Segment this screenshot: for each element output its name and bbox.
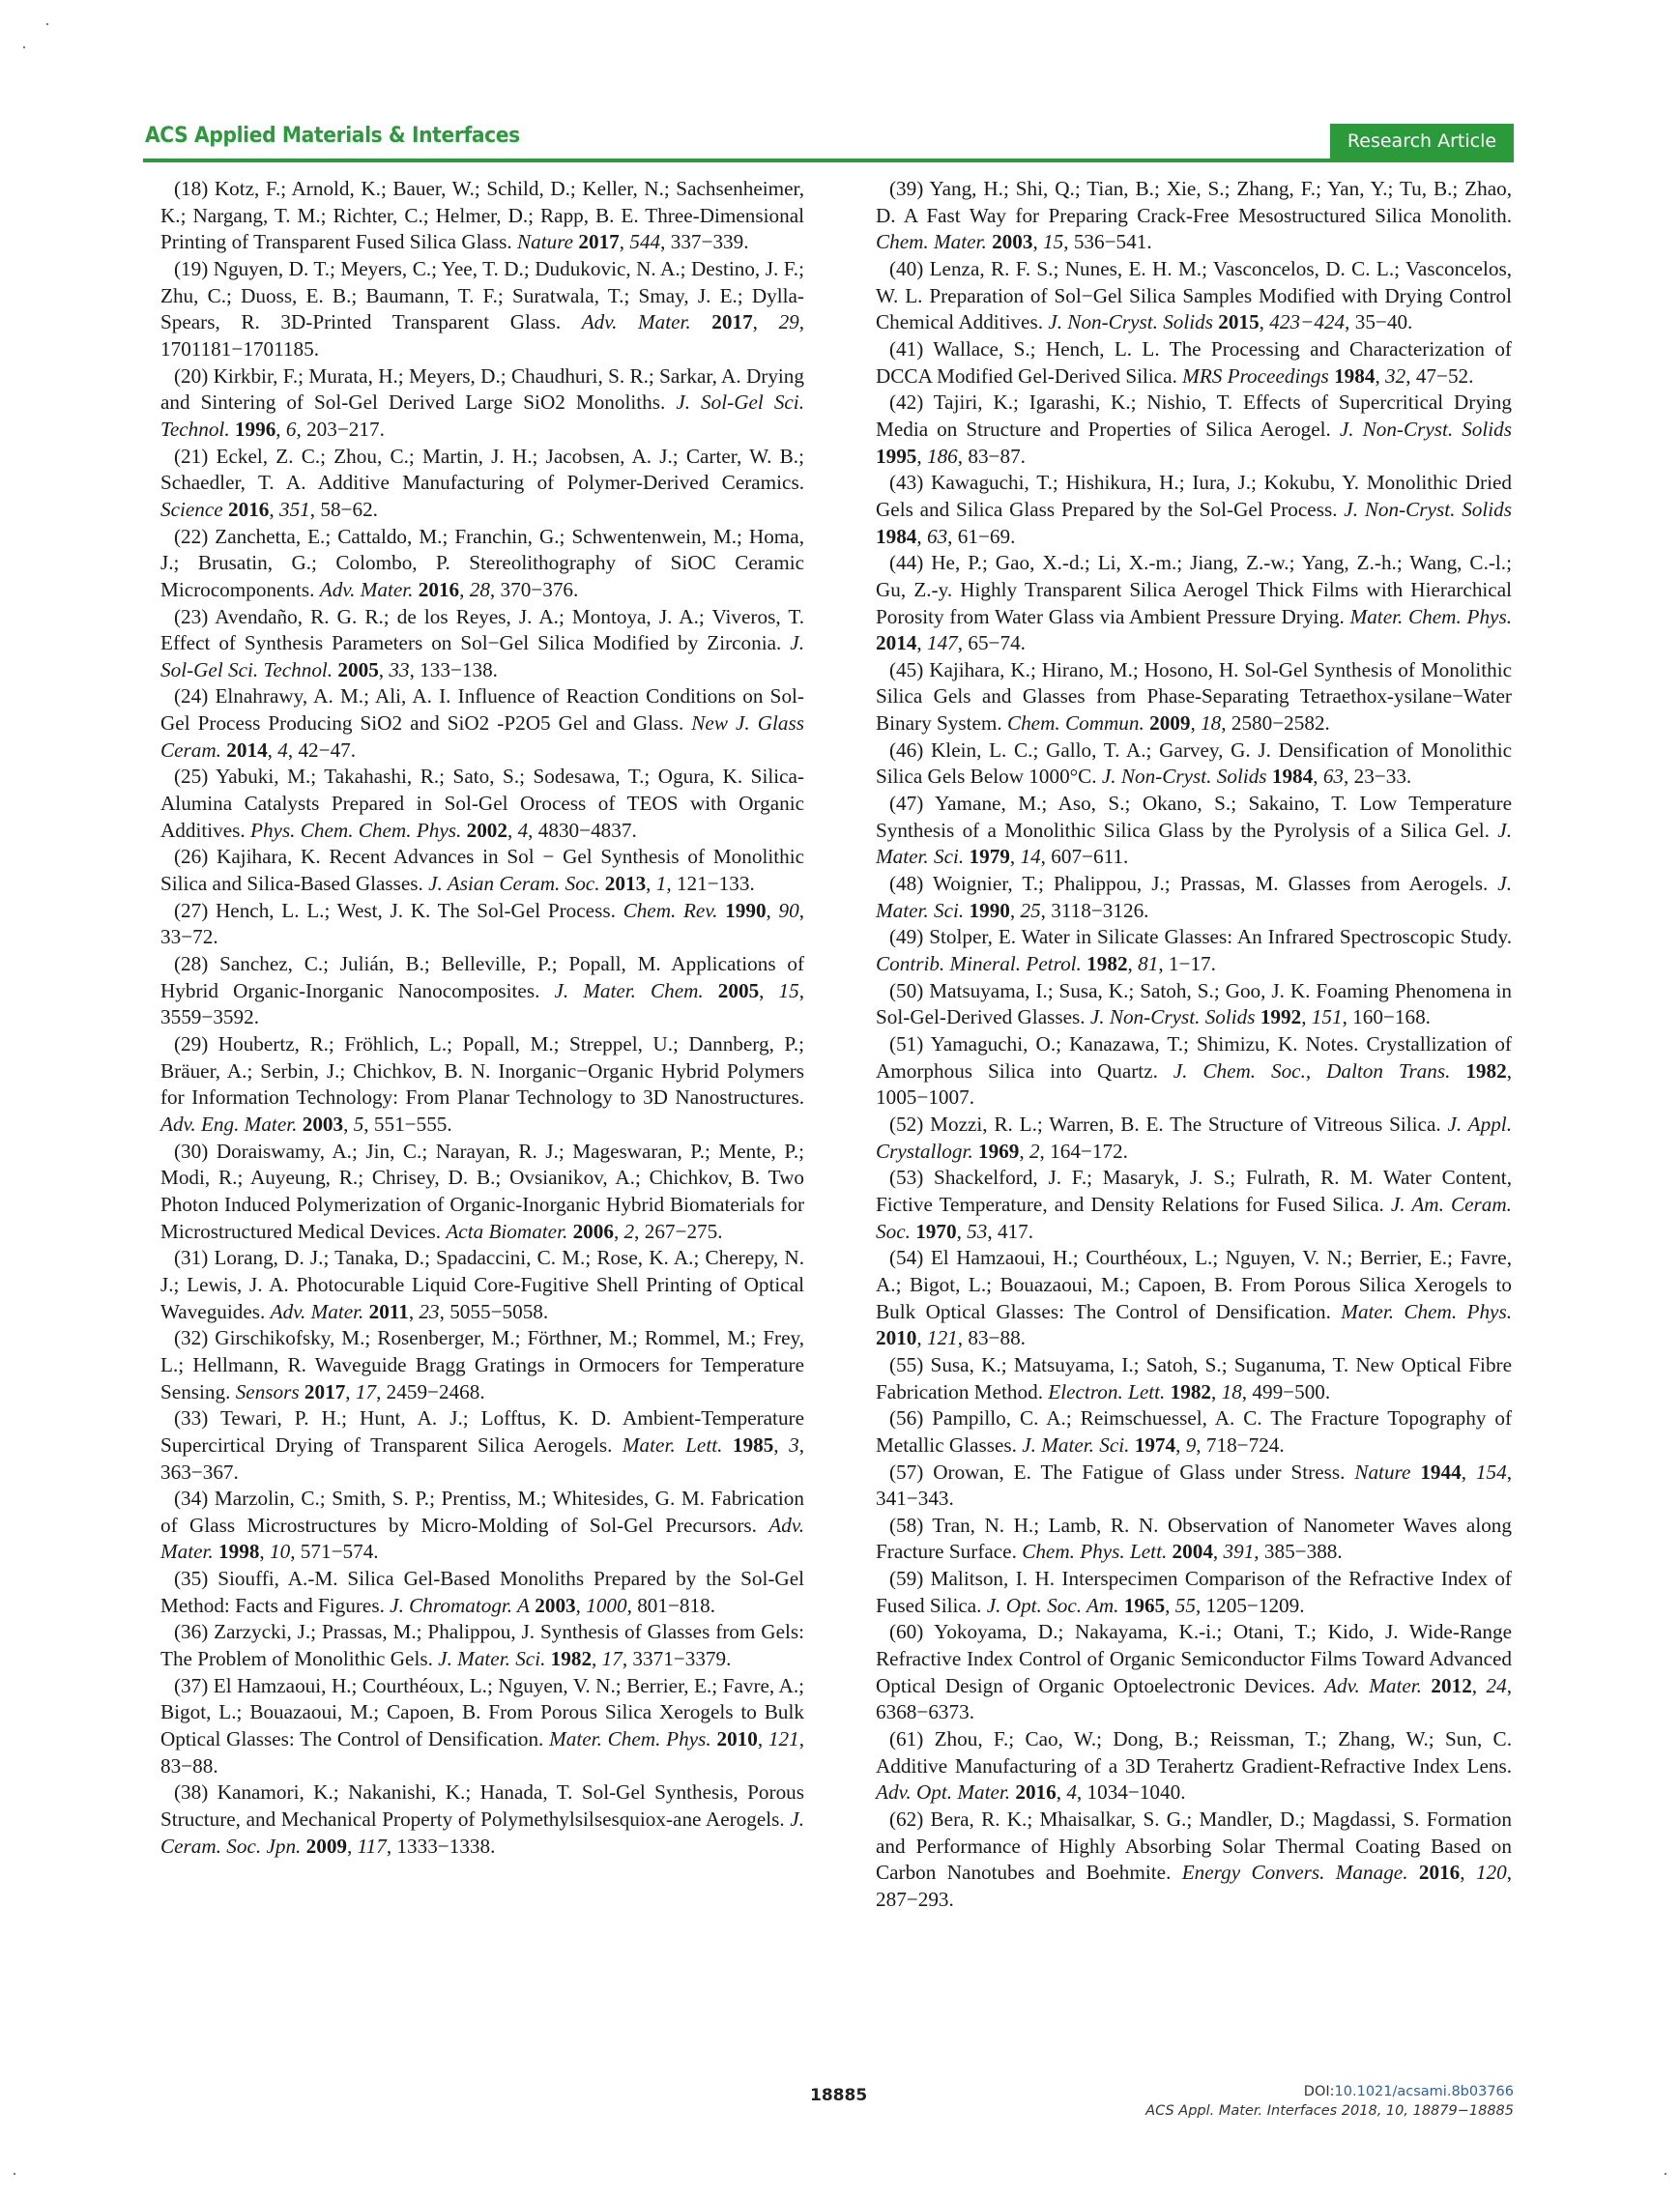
- reference-year: 2015: [1218, 310, 1259, 333]
- reference-text: [1410, 1461, 1420, 1484]
- reference-item: (48) Woignier, T.; Phalippou, J.; Prassa…: [876, 871, 1512, 924]
- reference-journal-or-volume: Acta Biomater.: [446, 1220, 567, 1243]
- reference-text: [704, 979, 718, 1002]
- reference-year: 1996: [235, 418, 275, 441]
- reference-year: 2003: [535, 1594, 575, 1617]
- reference-item: (44) He, P.; Gao, X.-d.; Li, X.-m.; Jian…: [876, 550, 1512, 657]
- doi-label: DOI:: [1304, 2084, 1335, 2099]
- reference-text: ,: [916, 445, 927, 468]
- reference-journal-or-volume: Electron. Lett.: [1048, 1380, 1165, 1403]
- reference-text: , 83−88.: [958, 1326, 1026, 1349]
- reference-journal-or-volume: 120: [1476, 1861, 1507, 1884]
- reference-year: 1995: [876, 445, 916, 468]
- reference-item: (41) Wallace, S.; Hench, L. L. The Proce…: [876, 336, 1512, 390]
- reference-year: 2004: [1173, 1540, 1213, 1563]
- reference-text: ,: [269, 498, 279, 521]
- reference-text: ,: [1211, 1380, 1222, 1403]
- reference-year: 2005: [337, 658, 378, 681]
- reference-text: , 267−275.: [634, 1220, 722, 1243]
- reference-journal-or-volume: Adv. Mater.: [320, 578, 414, 601]
- reference-text: , 607−611.: [1041, 845, 1129, 868]
- reference-journal-or-volume: Chem. Phys. Lett.: [1022, 1540, 1167, 1563]
- reference-journal-or-volume: J. Mater. Chem.: [554, 979, 703, 1002]
- reference-text: ,: [343, 1113, 354, 1136]
- reference-item: (61) Zhou, F.; Cao, W.; Dong, B.; Reissm…: [876, 1726, 1512, 1807]
- reference-item: (47) Yamane, M.; Aso, S.; Okano, S.; Sak…: [876, 791, 1512, 871]
- reference-journal-or-volume: 25: [1020, 899, 1040, 922]
- reference-item: (57) Orowan, E. The Fatigue of Glass und…: [876, 1460, 1512, 1513]
- reference-text: ,: [592, 1647, 602, 1670]
- reference-journal-or-volume: 4: [277, 738, 288, 762]
- reference-text: [1422, 1674, 1431, 1697]
- reference-journal-or-volume: 29: [779, 310, 799, 333]
- reference-journal-or-volume: 151: [1312, 1005, 1343, 1028]
- reference-item: (40) Lenza, R. F. S.; Nunes, E. H. M.; V…: [876, 256, 1512, 336]
- reference-item: (36) Zarzycki, J.; Prassas, M.; Phalippo…: [160, 1619, 804, 1672]
- reference-item: (27) Hench, L. L.; West, J. K. The Sol-G…: [160, 898, 804, 951]
- reference-journal-or-volume: 121: [768, 1727, 799, 1750]
- reference-item: (46) Klein, L. C.; Gallo, T. A.; Garvey,…: [876, 737, 1512, 791]
- reference-item: (18) Kotz, F.; Arnold, K.; Bauer, W.; Sc…: [160, 176, 804, 256]
- crop-mark: [14, 2173, 15, 2175]
- reference-text: ,: [1375, 364, 1385, 388]
- reference-journal-or-volume: Mater. Chem. Phys.: [1350, 605, 1512, 628]
- reference-text: ,: [620, 230, 630, 253]
- reference-year: 1998: [218, 1540, 259, 1563]
- reference-year: 1985: [733, 1433, 773, 1457]
- crop-mark: [23, 46, 25, 48]
- reference-year: 2016: [419, 578, 459, 601]
- reference-journal-or-volume: 4: [1066, 1780, 1077, 1804]
- reference-year: 1992: [1260, 1005, 1301, 1028]
- reference-journal-or-volume: 17: [602, 1647, 623, 1670]
- reference-text: , 571−574.: [290, 1540, 378, 1563]
- reference-text: ,: [459, 578, 470, 601]
- reference-text: , 83−87.: [958, 445, 1026, 468]
- reference-text: ,: [1190, 711, 1201, 735]
- reference-year: 1984: [1272, 765, 1313, 788]
- reference-journal-or-volume: Adv. Mater.: [582, 310, 691, 333]
- reference-text: ,: [379, 658, 390, 681]
- reference-text: ,: [646, 872, 656, 895]
- reference-year: 2003: [992, 230, 1032, 253]
- reference-text: ,: [1472, 1674, 1487, 1697]
- reference-text: [722, 1433, 733, 1457]
- reference-item: (25) Yabuki, M.; Takahashi, R.; Sato, S.…: [160, 764, 804, 844]
- reference-text: , 551−555.: [363, 1113, 451, 1136]
- reference-text: ,: [1313, 765, 1323, 788]
- reference-year: 2006: [573, 1220, 614, 1243]
- reference-journal-or-volume: 351: [279, 498, 310, 521]
- reference-journal-or-volume: 15: [1043, 230, 1063, 253]
- reference-journal-or-volume: Adv. Mater.: [1324, 1674, 1422, 1697]
- reference-item: (32) Girschikofsky, M.; Rosenberger, M.;…: [160, 1325, 804, 1405]
- reference-item: (33) Tewari, P. H.; Hunt, A. J.; Lofftus…: [160, 1405, 804, 1486]
- reference-journal-or-volume: 15: [779, 979, 799, 1002]
- reference-text: (61) Zhou, F.; Cao, W.; Dong, B.; Reissm…: [876, 1727, 1512, 1778]
- reference-item: (49) Stolper, E. Water in Silicate Glass…: [876, 924, 1512, 977]
- reference-journal-or-volume: 121: [927, 1326, 958, 1349]
- reference-year: 2002: [467, 819, 507, 842]
- reference-text: , 370−376.: [490, 578, 578, 601]
- reference-year: 1982: [1465, 1059, 1506, 1083]
- reference-text: , 160−168.: [1343, 1005, 1431, 1028]
- reference-text: ,: [916, 1326, 927, 1349]
- reference-item: (51) Yamaguchi, O.; Kanazawa, T.; Shimiz…: [876, 1031, 1512, 1112]
- reference-journal-or-volume: 423−424: [1269, 310, 1345, 333]
- reference-text: [1450, 1059, 1465, 1083]
- reference-text: ,: [268, 738, 278, 762]
- reference-year: 2016: [1015, 1780, 1056, 1804]
- reference-text: ,: [767, 899, 779, 922]
- reference-text: ,: [753, 310, 779, 333]
- reference-text: (29) Houbertz, R.; Fröhlich, L.; Popall,…: [160, 1032, 804, 1109]
- reference-text: ,: [759, 979, 778, 1002]
- reference-journal-or-volume: 6: [286, 418, 297, 441]
- reference-year: 1990: [970, 899, 1010, 922]
- reference-journal-or-volume: Mater. Lett.: [623, 1433, 723, 1457]
- reference-text: ,: [916, 631, 927, 654]
- reference-journal-or-volume: 28: [470, 578, 490, 601]
- reference-journal-or-volume: Chem. Mater.: [876, 230, 987, 253]
- reference-text: , 203−217.: [296, 418, 384, 441]
- reference-text: , 536−541.: [1063, 230, 1151, 253]
- article-type-badge: Research Article: [1330, 124, 1514, 159]
- reference-text: ,: [507, 819, 518, 842]
- reference-item: (22) Zanchetta, E.; Cattaldo, M.; Franch…: [160, 524, 804, 604]
- reference-text: , 718−724.: [1196, 1433, 1284, 1457]
- reference-text: ,: [957, 1220, 968, 1243]
- reference-journal-or-volume: 18: [1201, 711, 1221, 735]
- reference-journal-or-volume: Sensors: [236, 1380, 300, 1403]
- reference-text: ,: [409, 1300, 420, 1323]
- reference-journal-or-volume: J. Chem. Soc., Dalton Trans.: [1173, 1059, 1451, 1083]
- reference-year: 1982: [1171, 1380, 1211, 1403]
- reference-item: (29) Houbertz, R.; Fröhlich, L.; Popall,…: [160, 1031, 804, 1139]
- reference-text: , 1−17.: [1158, 952, 1216, 975]
- reference-journal-or-volume: Adv. Mater.: [271, 1300, 364, 1323]
- reference-journal-or-volume: Mater. Chem. Phys.: [549, 1727, 711, 1750]
- reference-text: ,: [773, 1433, 789, 1457]
- reference-year: 1982: [551, 1647, 592, 1670]
- reference-text: ,: [1128, 952, 1139, 975]
- reference-text: ,: [1175, 1433, 1186, 1457]
- reference-text: ,: [347, 1835, 358, 1858]
- reference-journal-or-volume: 2: [1029, 1140, 1040, 1163]
- reference-journal-or-volume: 23: [419, 1300, 439, 1323]
- reference-year: 2003: [303, 1113, 343, 1136]
- reference-item: (21) Eckel, Z. C.; Zhou, C.; Martin, J. …: [160, 444, 804, 524]
- reference-journal-or-volume: 1000: [586, 1594, 626, 1617]
- reference-item: (28) Sanchez, C.; Julián, B.; Belleville…: [160, 951, 804, 1031]
- reference-journal-or-volume: 33: [389, 658, 409, 681]
- page-header: ACS Applied Materials & Interfaces Resea…: [143, 124, 1514, 162]
- reference-year: 1984: [876, 525, 916, 548]
- reference-item: (35) Siouffi, A.-M. Silica Gel-Based Mon…: [160, 1566, 804, 1619]
- reference-text: , 42−47.: [288, 738, 356, 762]
- reference-text: , 3371−3379.: [623, 1647, 732, 1670]
- references-column-right: (39) Yang, H.; Shi, Q.; Tian, B.; Xie, S…: [876, 176, 1512, 1914]
- reference-journal-or-volume: Phys. Chem. Chem. Phys.: [250, 819, 461, 842]
- reference-text: ,: [758, 1727, 768, 1750]
- reference-item: (37) El Hamzaoui, H.; Courthéoux, L.; Ng…: [160, 1673, 804, 1780]
- reference-year: 2017: [711, 310, 752, 333]
- reference-journal-or-volume: J. Non-Cryst. Solids: [1102, 765, 1267, 788]
- reference-year: 1944: [1420, 1461, 1461, 1484]
- reference-item: (53) Shackelford, J. F.; Masaryk, J. S.;…: [876, 1165, 1512, 1245]
- reference-item: (45) Kajihara, K.; Hirano, M.; Hosono, H…: [876, 657, 1512, 737]
- reference-year: 2010: [716, 1727, 757, 1750]
- reference-year: 1965: [1124, 1594, 1165, 1617]
- reference-text: (27) Hench, L. L.; West, J. K. The Sol-G…: [174, 899, 623, 922]
- reference-text: (52) Mozzi, R. L.; Warren, B. E. The Str…: [889, 1113, 1448, 1136]
- reference-item: (34) Marzolin, C.; Smith, S. P.; Prentis…: [160, 1486, 804, 1566]
- reference-year: 1969: [978, 1140, 1019, 1163]
- reference-text: ,: [1010, 899, 1021, 922]
- reference-item: (23) Avendaño, R. G. R.; de los Reyes, J…: [160, 604, 804, 684]
- reference-item: (38) Kanamori, K.; Nakanishi, K.; Hanada…: [160, 1779, 804, 1860]
- reference-text: ,: [1460, 1861, 1476, 1884]
- reference-text: , 5055−5058.: [440, 1300, 549, 1323]
- reference-journal-or-volume: 90: [779, 899, 799, 922]
- reference-journal-or-volume: 147: [927, 631, 958, 654]
- reference-journal-or-volume: 2: [624, 1220, 635, 1243]
- reference-text: , 121−133.: [666, 872, 754, 895]
- reference-text: , 1034−1040.: [1077, 1780, 1186, 1804]
- reference-text: , 65−74.: [958, 631, 1026, 654]
- reference-journal-or-volume: 18: [1222, 1380, 1242, 1403]
- reference-text: , 385−388.: [1254, 1540, 1342, 1563]
- reference-journal-or-volume: 63: [927, 525, 947, 548]
- reference-text: ,: [1010, 845, 1021, 868]
- reference-journal-or-volume: MRS Proceedings: [1182, 364, 1329, 388]
- reference-text: , 1205−1209.: [1196, 1594, 1305, 1617]
- reference-text: (23) Avendaño, R. G. R.; de los Reyes, J…: [160, 605, 804, 655]
- reference-text: , 2580−2582.: [1221, 711, 1330, 735]
- reference-item: (19) Nguyen, D. T.; Meyers, C.; Yee, T. …: [160, 256, 804, 363]
- reference-text: , 499−500.: [1242, 1380, 1330, 1403]
- reference-text: (38) Kanamori, K.; Nakanishi, K.; Hanada…: [160, 1780, 804, 1831]
- reference-item: (20) Kirkbir, F.; Murata, H.; Meyers, D.…: [160, 363, 804, 444]
- reference-year: 1984: [1334, 364, 1375, 388]
- reference-journal-or-volume: 24: [1487, 1674, 1507, 1697]
- page-number: 18885: [810, 2086, 867, 2105]
- reference-text: ,: [275, 418, 286, 441]
- footer-citation-block: DOI:10.1021/acsami.8b03766 ACS Appl. Mat…: [1145, 2082, 1514, 2121]
- reference-journal-or-volume: 32: [1385, 364, 1405, 388]
- reference-item: (52) Mozzi, R. L.; Warren, B. E. The Str…: [876, 1112, 1512, 1165]
- reference-text: , 1333−1338.: [387, 1835, 496, 1858]
- reference-year: 2011: [369, 1300, 409, 1323]
- reference-journal-or-volume: 63: [1323, 765, 1344, 788]
- reference-text: (34) Marzolin, C.; Smith, S. P.; Prentis…: [160, 1487, 804, 1537]
- reference-year: 2010: [876, 1326, 916, 1349]
- reference-item: (31) Lorang, D. J.; Tanaka, D.; Spadacci…: [160, 1245, 804, 1325]
- reference-item: (60) Yokoyama, D.; Nakayama, K.-i.; Otan…: [876, 1619, 1512, 1726]
- reference-journal-or-volume: 544: [629, 230, 660, 253]
- crop-mark: [1665, 2173, 1666, 2175]
- reference-year: 2016: [1419, 1861, 1460, 1884]
- reference-year: 2016: [228, 498, 269, 521]
- reference-text: (57) Orowan, E. The Fatigue of Glass und…: [889, 1461, 1354, 1484]
- reference-journal-or-volume: 117: [358, 1835, 387, 1858]
- reference-text: , 133−138.: [410, 658, 498, 681]
- reference-item: (24) Elnahrawy, A. M.; Ali, A. I. Influe…: [160, 683, 804, 764]
- reference-journal-or-volume: J. Chromatogr. A: [390, 1594, 530, 1617]
- reference-journal-or-volume: J. Non-Cryst. Solids: [1340, 418, 1512, 441]
- reference-text: ,: [1019, 1140, 1029, 1163]
- reference-text: ,: [1260, 310, 1270, 333]
- references-column-left: (18) Kotz, F.; Arnold, K.; Bauer, W.; Sc…: [160, 176, 804, 1860]
- reference-journal-or-volume: 3: [789, 1433, 799, 1457]
- reference-item: (42) Tajiri, K.; Igarashi, K.; Nishio, T…: [876, 390, 1512, 470]
- reference-journal-or-volume: 9: [1186, 1433, 1197, 1457]
- reference-text: (21) Eckel, Z. C.; Zhou, C.; Martin, J. …: [160, 445, 804, 495]
- reference-year: 1982: [1086, 952, 1127, 975]
- reference-journal-or-volume: J. Non-Cryst. Solids: [1048, 310, 1213, 333]
- reference-text: , 417.: [987, 1220, 1033, 1243]
- reference-journal-or-volume: Adv. Eng. Mater.: [160, 1113, 297, 1136]
- reference-journal-or-volume: 14: [1020, 845, 1040, 868]
- journal-citation: ACS Appl. Mater. Interfaces 2018, 10, 18…: [1145, 2101, 1514, 2121]
- reference-journal-or-volume: Adv. Opt. Mater.: [876, 1780, 1010, 1804]
- reference-journal-or-volume: 391: [1224, 1540, 1255, 1563]
- reference-journal-or-volume: 10: [270, 1540, 290, 1563]
- reference-text: [1408, 1861, 1419, 1884]
- reference-item: (26) Kajihara, K. Recent Advances in Sol…: [160, 844, 804, 897]
- reference-text: ,: [259, 1540, 270, 1563]
- reference-year: 1970: [915, 1220, 956, 1243]
- reference-text: , 801−818.: [627, 1594, 715, 1617]
- reference-journal-or-volume: Mater. Chem. Phys.: [1341, 1300, 1512, 1323]
- reference-text: [691, 310, 712, 333]
- reference-journal-or-volume: Chem. Commun.: [1007, 711, 1144, 735]
- reference-text: , 23−33.: [1344, 765, 1411, 788]
- reference-text: ,: [1462, 1461, 1476, 1484]
- journal-title: ACS Applied Materials & Interfaces: [145, 124, 520, 148]
- reference-text: (39) Yang, H.; Shi, Q.; Tian, B.; Xie, S…: [876, 177, 1512, 227]
- reference-journal-or-volume: 1: [656, 872, 667, 895]
- reference-year: 2017: [578, 230, 619, 253]
- reference-text: , 4830−4837.: [528, 819, 637, 842]
- doi-line: DOI:10.1021/acsami.8b03766: [1145, 2082, 1514, 2101]
- reference-year: 2014: [226, 738, 267, 762]
- reference-journal-or-volume: J. Mater. Sci.: [438, 1647, 545, 1670]
- reference-journal-or-volume: Energy Convers. Manage.: [1182, 1861, 1408, 1884]
- reference-year: 2009: [1149, 711, 1190, 735]
- reference-journal-or-volume: Science: [160, 498, 223, 521]
- reference-year: 2013: [605, 872, 646, 895]
- reference-journal-or-volume: 55: [1175, 1594, 1196, 1617]
- reference-text: ,: [1057, 1780, 1067, 1804]
- reference-journal-or-volume: 17: [356, 1380, 376, 1403]
- reference-text: , 2459−2468.: [376, 1380, 485, 1403]
- reference-journal-or-volume: Nature: [517, 230, 573, 253]
- reference-journal-or-volume: Chem. Rev.: [623, 899, 718, 922]
- reference-text: ,: [345, 1380, 356, 1403]
- reference-text: (49) Stolper, E. Water in Silicate Glass…: [889, 925, 1512, 948]
- reference-item: (56) Pampillo, C. A.; Reimschuessel, A. …: [876, 1405, 1512, 1459]
- reference-text: ,: [1213, 1540, 1224, 1563]
- reference-year: 1979: [970, 845, 1010, 868]
- reference-journal-or-volume: 5: [354, 1113, 364, 1136]
- reference-text: , 3118−3126.: [1041, 899, 1149, 922]
- reference-journal-or-volume: 186: [927, 445, 958, 468]
- reference-year: 1974: [1135, 1433, 1175, 1457]
- reference-text: , 58−62.: [310, 498, 378, 521]
- reference-year: 2017: [304, 1380, 345, 1403]
- reference-text: ,: [576, 1594, 587, 1617]
- reference-item: (30) Doraiswamy, A.; Jin, C.; Narayan, R…: [160, 1139, 804, 1246]
- reference-text: , 61−69.: [947, 525, 1015, 548]
- reference-item: (50) Matsuyama, I.; Susa, K.; Satoh, S.;…: [876, 978, 1512, 1031]
- reference-item: (54) El Hamzaoui, H.; Courthéoux, L.; Ng…: [876, 1245, 1512, 1352]
- reference-journal-or-volume: Nature: [1354, 1461, 1410, 1484]
- reference-journal-or-volume: J. Non-Cryst. Solids: [1344, 498, 1512, 521]
- reference-item: (59) Malitson, I. H. Interspecimen Compa…: [876, 1566, 1512, 1619]
- reference-item: (58) Tran, N. H.; Lamb, R. N. Observatio…: [876, 1513, 1512, 1566]
- reference-year: 1990: [725, 899, 766, 922]
- reference-year: 2005: [718, 979, 759, 1002]
- reference-journal-or-volume: 154: [1476, 1461, 1507, 1484]
- reference-text: ,: [1032, 230, 1043, 253]
- reference-text: , 47−52.: [1405, 364, 1473, 388]
- reference-journal-or-volume: 4: [518, 819, 529, 842]
- reference-year: 2012: [1431, 1674, 1471, 1697]
- reference-text: , 337−339.: [660, 230, 748, 253]
- reference-text: (47) Yamane, M.; Aso, S.; Okano, S.; Sak…: [876, 792, 1512, 842]
- reference-journal-or-volume: J. Opt. Soc. Am.: [987, 1594, 1119, 1617]
- reference-text: , 164−172.: [1040, 1140, 1128, 1163]
- reference-text: , 35−40.: [1345, 310, 1412, 333]
- reference-item: (55) Susa, K.; Matsuyama, I.; Satoh, S.;…: [876, 1352, 1512, 1405]
- reference-year: 2009: [306, 1835, 347, 1858]
- reference-year: 2014: [876, 631, 916, 654]
- doi-link[interactable]: 10.1021/acsami.8b03766: [1335, 2084, 1514, 2099]
- reference-journal-or-volume: Contrib. Mineral. Petrol.: [876, 952, 1082, 975]
- reference-text: ,: [916, 525, 927, 548]
- reference-journal-or-volume: 53: [967, 1220, 987, 1243]
- reference-item: (43) Kawaguchi, T.; Hishikura, H.; Iura,…: [876, 470, 1512, 550]
- reference-journal-or-volume: J. Mater. Sci.: [1022, 1433, 1129, 1457]
- reference-item: (39) Yang, H.; Shi, Q.; Tian, B.; Xie, S…: [876, 176, 1512, 256]
- reference-text: ,: [1301, 1005, 1312, 1028]
- reference-journal-or-volume: J. Non-Cryst. Solids: [1090, 1005, 1256, 1028]
- reference-text: ,: [614, 1220, 624, 1243]
- reference-item: (62) Bera, R. K.; Mhaisalkar, S. G.; Man…: [876, 1807, 1512, 1914]
- reference-journal-or-volume: 81: [1138, 952, 1158, 975]
- reference-text: (48) Woignier, T.; Phalippou, J.; Prassa…: [889, 872, 1497, 895]
- reference-text: ,: [1165, 1594, 1175, 1617]
- crop-mark: [46, 23, 48, 25]
- reference-journal-or-volume: J. Asian Ceram. Soc.: [428, 872, 599, 895]
